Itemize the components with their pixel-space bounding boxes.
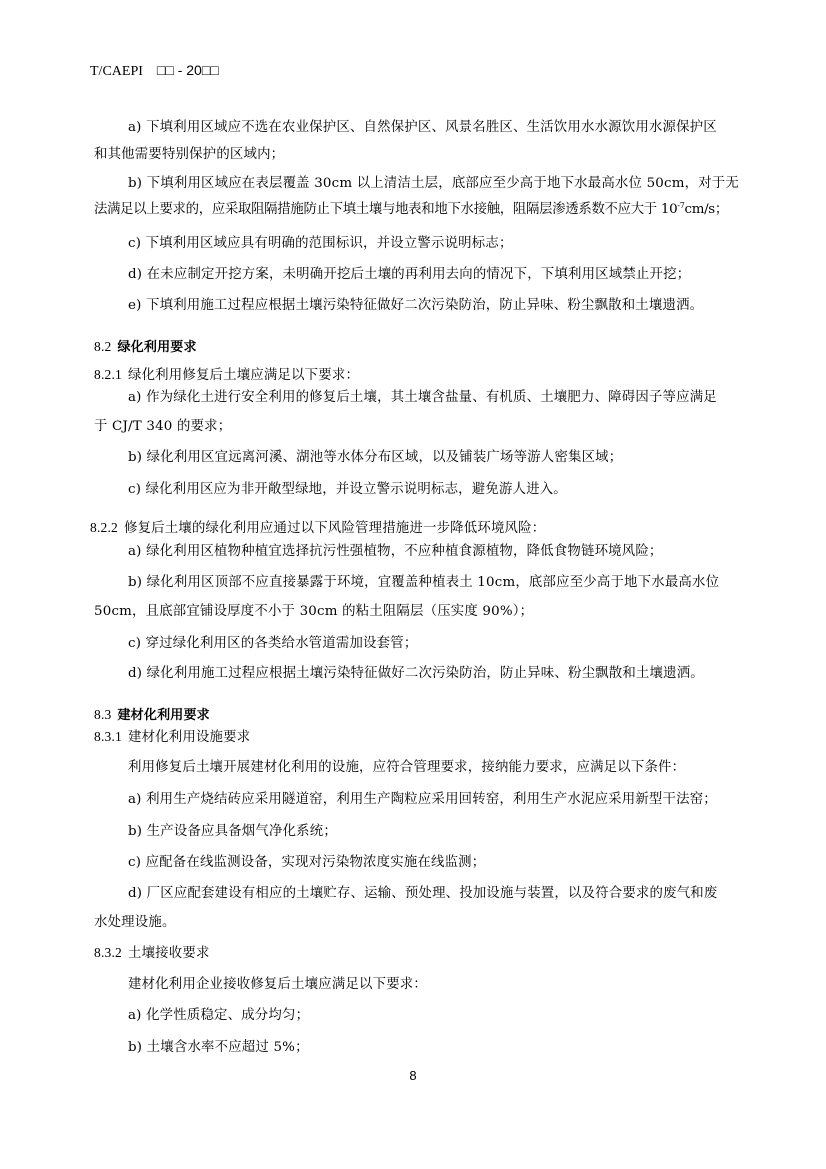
item-text: 下填利用施工过程应根据土壤污染特征做好二次污染防治，防止异味、粉尘飘散和土壤遗洒…: [146, 298, 703, 313]
subsection-heading-8-2-1: 8.2.1绿化利用修复后土壤应满足以下要求：: [94, 367, 359, 384]
backfill-item-d: d) 在未应制定开挖方案，未明确开挖后土壤的再利用去向的情况下，下填利用区域禁止…: [128, 267, 690, 283]
item-text: 绿化利用区应为非开敞型绿地，并设立警示说明标志，避免游人进入。: [146, 482, 567, 497]
superscript: -7: [677, 201, 684, 210]
page-number: 8: [0, 1068, 826, 1083]
risk-item-c: c) 穿过绿化利用区的各类给水管道需加设套管；: [128, 636, 417, 652]
doc-number: □□ - 20□□: [157, 62, 219, 78]
item-text-suffix: cm/s；: [685, 202, 728, 217]
section-number: 8.2: [94, 339, 111, 354]
item-text: 土壤含水率不应超过 5%；: [147, 1040, 309, 1055]
subsection-number: 8.3.2: [94, 945, 122, 960]
facility-item-d-line2: 水处理设施。: [94, 915, 176, 931]
item-label: b): [128, 1040, 142, 1055]
subsection-heading-8-3-1: 8.3.1建材化利用设施要求: [94, 729, 250, 746]
item-text: 下填利用区域应不选在农业保护区、自然保护区、风景名胜区、生活饮用水水源饮用水源保…: [146, 120, 717, 135]
greening-item-a-line1: a) 作为绿化土进行安全利用的修复后土壤，其土壤含盐量、有机质、土壤肥力、障碍因…: [128, 390, 717, 406]
risk-item-b-line2: 50cm，且底部宜铺设厚度不小于 30cm 的粘土阻隔层（压实度 90%）；: [94, 604, 533, 620]
item-text: 应配备在线监测设备，实现对污染物浓度实施在线监测；: [146, 855, 486, 870]
item-label: b): [128, 824, 142, 839]
subsection-title: 土壤接收要求: [128, 946, 210, 961]
item-text: 绿化利用施工过程应根据土壤污染特征做好二次污染防治，防止异味、粉尘飘散和土壤遗洒…: [147, 666, 704, 681]
item-text: 绿化利用区植物种植宜选择抗污性强植物，不应种植食源植物，降低食物链环境风险；: [146, 544, 662, 559]
item-label: b): [128, 575, 142, 590]
risk-item-b-line1: b) 绿化利用区顶部不应直接暴露于环境，宜覆盖种植表土 10cm，底部应至少高于…: [128, 575, 719, 591]
item-label: d): [128, 666, 142, 681]
item-text: 作为绿化土进行安全利用的修复后土壤，其土壤含盐量、有机质、土壤肥力、障碍因子等应…: [146, 390, 717, 405]
greening-item-b: b) 绿化利用区宜远离河溪、湖池等水体分布区域，以及铺装广场等游人密集区域；: [128, 450, 622, 466]
backfill-item-b-line2: 法满足以上要求的，应采取阻隔措施防止下填土壤与地表和地下水接触，阻隔层渗透系数不…: [94, 202, 728, 218]
item-label: c): [128, 482, 141, 497]
backfill-item-b-line1: b) 下填利用区域应在表层覆盖 30cm 以上清洁土层，底部应至少高于地下水最高…: [128, 176, 739, 192]
subsection-heading-8-3-2: 8.3.2土壤接收要求: [94, 945, 210, 962]
item-label: d): [128, 267, 142, 282]
section-title: 建材化利用要求: [117, 708, 209, 723]
section-heading-8-2: 8.2绿化利用要求: [94, 339, 197, 356]
item-text: 生产设备应具备烟气净化系统；: [147, 824, 337, 839]
backfill-item-c: c) 下填利用区域应具有明确的范围标识，并设立警示说明标志；: [128, 236, 513, 252]
subsection-number: 8.2.2: [90, 520, 118, 535]
intake-intro: 建材化利用企业接收修复后土壤应满足以下要求：: [128, 977, 427, 993]
item-label: a): [128, 120, 142, 135]
item-text: 绿化利用区顶部不应直接暴露于环境，宜覆盖种植表土 10cm，底部应至少高于地下水…: [147, 575, 720, 590]
item-label: c): [128, 855, 141, 870]
facility-intro: 利用修复后土壤开展建材化利用的设施，应符合管理要求，接纳能力要求，应满足以下条件…: [128, 760, 685, 776]
subsection-title: 修复后土壤的绿化利用应通过以下风险管理措施进一步降低环境风险：: [124, 521, 545, 536]
subsection-number: 8.3.1: [94, 729, 122, 744]
item-text: 法满足以上要求的，应采取阻隔措施防止下填土壤与地表和地下水接触，阻隔层渗透系数不…: [94, 202, 677, 217]
intake-item-a: a) 化学性质稳定、成分均匀；: [128, 1008, 309, 1024]
facility-item-a: a) 利用生产烧结砖应采用隧道窑，利用生产陶粒应采用回转窑，利用生产水泥应采用新…: [128, 792, 717, 808]
item-label: b): [128, 176, 142, 191]
item-text: 绿化利用区宜远离河溪、湖池等水体分布区域，以及铺装广场等游人密集区域；: [147, 450, 623, 465]
subsection-number: 8.2.1: [94, 367, 122, 382]
risk-item-a: a) 绿化利用区植物种植宜选择抗污性强植物，不应种植食源植物，降低食物链环境风险…: [128, 544, 663, 560]
item-text: 利用生产烧结砖应采用隧道窑，利用生产陶粒应采用回转窑，利用生产水泥应采用新型干法…: [146, 792, 717, 807]
section-heading-8-3: 8.3建材化利用要求: [94, 707, 210, 724]
facility-item-b: b) 生产设备应具备烟气净化系统；: [128, 824, 337, 840]
subsection-title: 建材化利用设施要求: [128, 730, 250, 745]
item-text: 穿过绿化利用区的各类给水管道需加设套管；: [146, 636, 418, 651]
item-text: 化学性质稳定、成分均匀；: [146, 1008, 309, 1023]
subsection-heading-8-2-2: 8.2.2修复后土壤的绿化利用应通过以下风险管理措施进一步降低环境风险：: [90, 520, 545, 537]
item-label: b): [128, 450, 142, 465]
risk-item-d: d) 绿化利用施工过程应根据土壤污染特征做好二次污染防治，防止异味、粉尘飘散和土…: [128, 666, 704, 682]
item-text: 下填利用区域应在表层覆盖 30cm 以上清洁土层，底部应至少高于地下水最高水位 …: [147, 176, 739, 191]
item-text: 下填利用区域应具有明确的范围标识，并设立警示说明标志；: [146, 236, 513, 251]
item-text: 厂区应配套建设有相应的土壤贮存、运输、预处理、投加设施与装置，以及符合要求的废气…: [147, 886, 718, 901]
item-label: a): [128, 792, 142, 807]
item-label: c): [128, 236, 141, 251]
document-code-header: T/CAEPI□□ - 20□□: [90, 62, 219, 80]
backfill-item-a-line2: 和其他需要特别保护的区域内；: [94, 147, 284, 163]
item-label: a): [128, 390, 142, 405]
item-text: 在未应制定开挖方案，未明确开挖后土壤的再利用去向的情况下，下填利用区域禁止开挖；: [147, 267, 691, 282]
greening-item-c: c) 绿化利用区应为非开敞型绿地，并设立警示说明标志，避免游人进入。: [128, 482, 567, 498]
org-code: T/CAEPI: [90, 64, 143, 79]
item-label: c): [128, 636, 141, 651]
section-title: 绿化利用要求: [117, 340, 196, 355]
intake-item-b: b) 土壤含水率不应超过 5%；: [128, 1040, 309, 1056]
facility-item-d-line1: d) 厂区应配套建设有相应的土壤贮存、运输、预处理、投加设施与装置，以及符合要求…: [128, 886, 717, 902]
item-label: d): [128, 886, 142, 901]
facility-item-c: c) 应配备在线监测设备，实现对污染物浓度实施在线监测；: [128, 855, 485, 871]
subsection-title: 绿化利用修复后土壤应满足以下要求：: [128, 368, 359, 383]
item-label: e): [128, 298, 142, 313]
backfill-item-a-line1: a) 下填利用区域应不选在农业保护区、自然保护区、风景名胜区、生活饮用水水源饮用…: [128, 120, 717, 136]
item-label: a): [128, 544, 142, 559]
section-number: 8.3: [94, 707, 111, 722]
item-label: a): [128, 1008, 142, 1023]
greening-item-a-line2: 于 CJ/T 340 的要求；: [94, 419, 231, 435]
backfill-item-e: e) 下填利用施工过程应根据土壤污染特征做好二次污染防治，防止异味、粉尘飘散和土…: [128, 298, 703, 314]
